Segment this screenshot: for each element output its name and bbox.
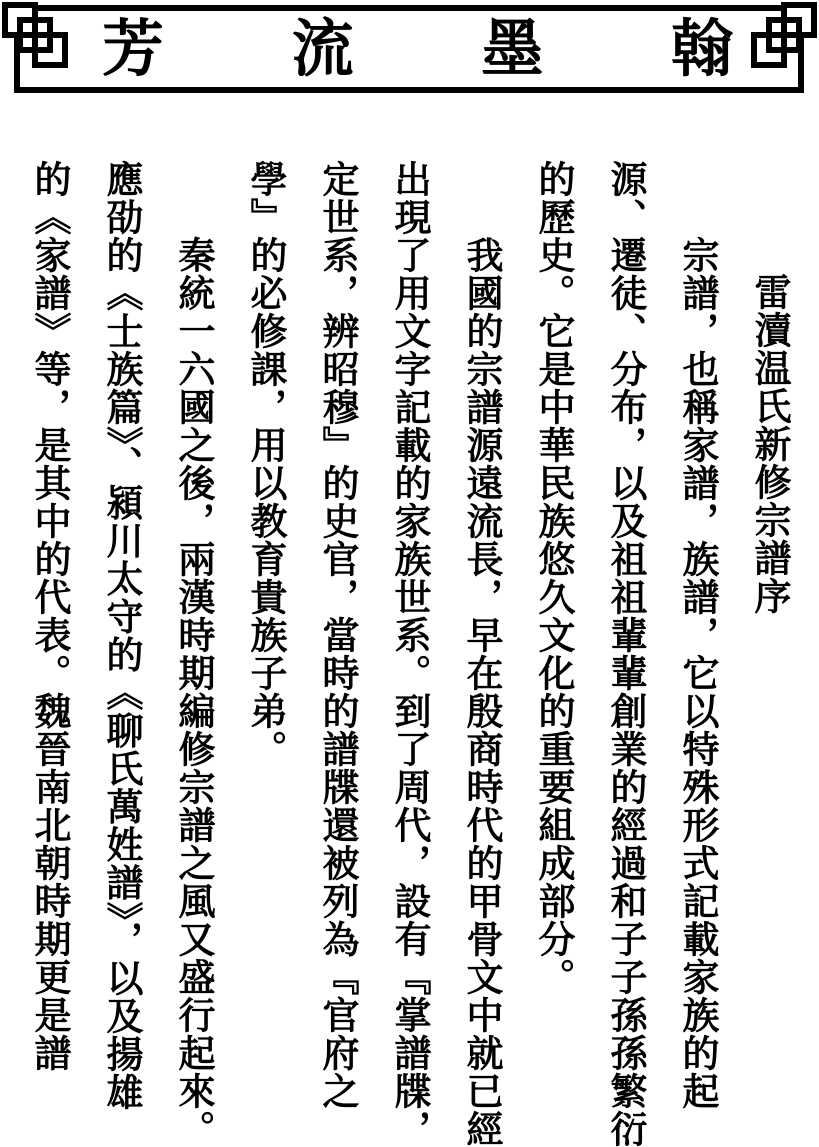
page: 芳 流 墨 翰 雷瀆温氏新修宗譜序 宗譜，也稱家譜，族譜，它以特殊形式記載家族的…: [0, 0, 819, 1147]
document-title: 雷瀆温氏新修宗譜序: [734, 160, 806, 1147]
document-body: 雷瀆温氏新修宗譜序 宗譜，也稱家譜，族譜，它以特殊形式記載家族的起源、遷徒、分布…: [14, 160, 806, 1147]
header-banner: 芳 流 墨 翰: [0, 0, 819, 112]
banner-char-3: 墨: [481, 18, 543, 80]
banner-char-2: 流: [292, 18, 354, 80]
banner-title: 芳 流 墨 翰: [0, 5, 819, 93]
banner-char-4: 翰: [671, 18, 733, 80]
banner-char-1: 芳: [102, 18, 164, 80]
paragraph-2: 我國的宗譜源遠流長，早在殷商時代的甲骨文中就已經出現了用文字記載的家族世系。到了…: [230, 160, 518, 1147]
paragraph-3: 秦統一六國之後，兩漢時期編修宗譜之風又盛行起來。應劭的《士族篇》、潁川太守的《聊…: [14, 160, 230, 1147]
paragraph-1: 宗譜，也稱家譜，族譜，它以特殊形式記載家族的起源、遷徒、分布，以及祖祖輩輩創業的…: [518, 160, 734, 1147]
